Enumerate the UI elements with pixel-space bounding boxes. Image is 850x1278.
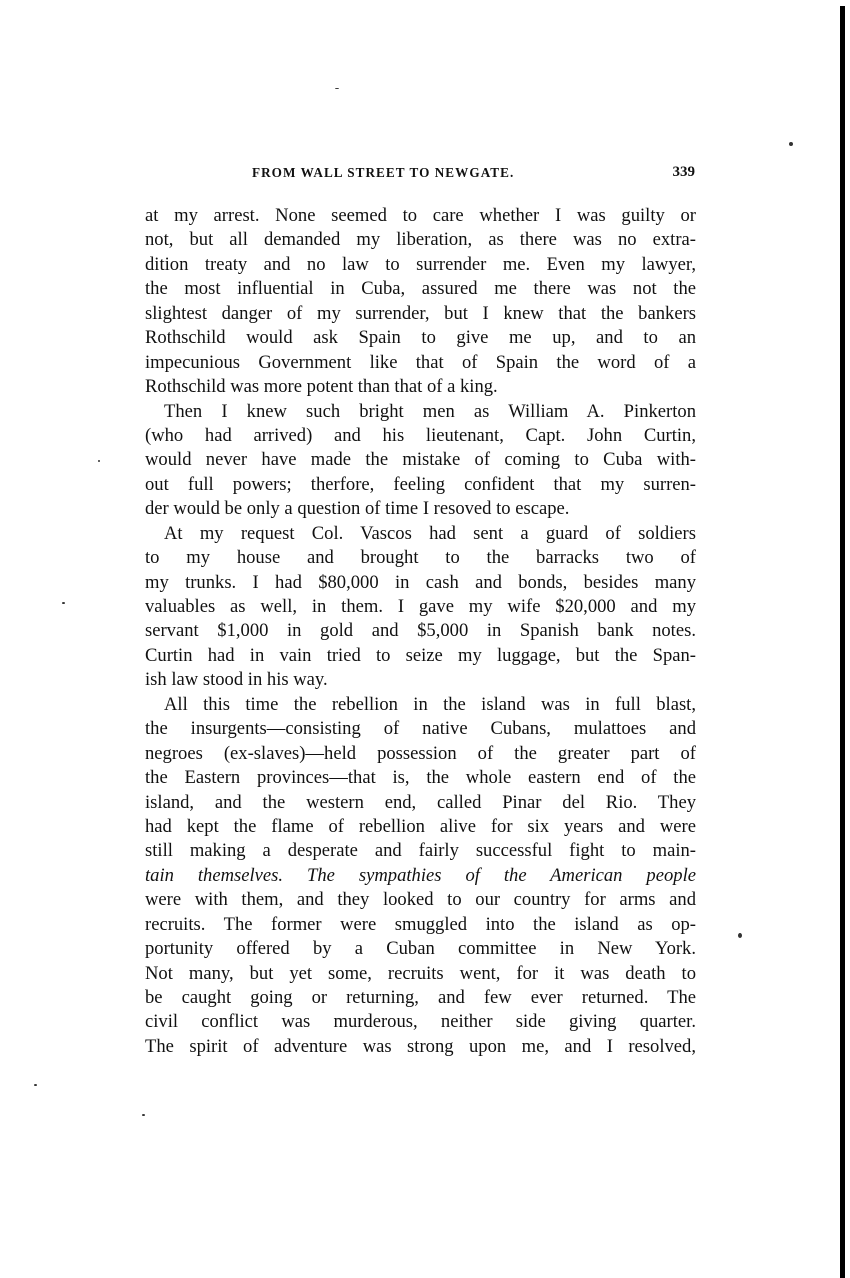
- text-line: be caught going or returning, and few ev…: [145, 986, 696, 1010]
- text-line: der would be only a question of time I r…: [145, 497, 696, 521]
- scan-speck: [62, 602, 65, 604]
- text-line: portunity offered by a Cuban committee i…: [145, 937, 696, 961]
- text-line: civil conflict was murderous, neither si…: [145, 1010, 696, 1034]
- scan-speck: [98, 460, 100, 462]
- text-line-italic: tain themselves. The sympathies of the A…: [145, 864, 696, 888]
- text-line: Curtin had in vain tried to seize my lug…: [145, 644, 696, 668]
- text-line: The spirit of adventure was strong upon …: [145, 1035, 696, 1059]
- text-line: slightest danger of my surrender, but I …: [145, 302, 696, 326]
- text-line: valuables as well, in them. I gave my wi…: [145, 595, 696, 619]
- text-line: not, but all demanded my liberation, as …: [145, 228, 696, 252]
- scan-speck: [34, 1084, 37, 1086]
- text-line: Not many, but yet some, recruits went, f…: [145, 962, 696, 986]
- text-line: the insurgents—consisting of native Cuba…: [145, 717, 696, 741]
- text-line: would never have made the mistake of com…: [145, 448, 696, 472]
- scan-edge-bar: [840, 6, 845, 1278]
- text-line: island, and the western end, called Pina…: [145, 791, 696, 815]
- scan-speck: [789, 142, 793, 146]
- text-line: to my house and brought to the barracks …: [145, 546, 696, 570]
- text-line: still making a desperate and fairly succ…: [145, 839, 696, 863]
- text-line: dition treaty and no law to surrender me…: [145, 253, 696, 277]
- text-line: at my arrest. None seemed to care whethe…: [145, 204, 696, 228]
- text-line: Rothschild would ask Spain to give me up…: [145, 326, 696, 350]
- text-line: Rothschild was more potent than that of …: [145, 375, 696, 399]
- text-line: my trunks. I had $80,000 in cash and bon…: [145, 571, 696, 595]
- text-line: were with them, and they looked to our c…: [145, 888, 696, 912]
- running-title: FROM WALL STREET TO NEWGATE.: [252, 165, 514, 181]
- scan-speck: [738, 933, 742, 938]
- book-page: FROM WALL STREET TO NEWGATE. 339 at my a…: [0, 0, 850, 1278]
- text-line: ish law stood in his way.: [145, 668, 696, 692]
- text-line: At my request Col. Vascos had sent a gua…: [145, 522, 696, 546]
- text-line: had kept the flame of rebellion alive fo…: [145, 815, 696, 839]
- text-line: negroes (ex-slaves)—held possession of t…: [145, 742, 696, 766]
- text-line: out full powers; therfore, feeling confi…: [145, 473, 696, 497]
- body-text: at my arrest. None seemed to care whethe…: [145, 204, 696, 1059]
- running-head: FROM WALL STREET TO NEWGATE. 339: [252, 165, 695, 185]
- text-line: the most influential in Cuba, assured me…: [145, 277, 696, 301]
- text-line: Then I knew such bright men as William A…: [145, 400, 696, 424]
- text-line: servant $1,000 in gold and $5,000 in Spa…: [145, 619, 696, 643]
- scan-speck: [142, 1114, 145, 1116]
- text-line: (who had arrived) and his lieutenant, Ca…: [145, 424, 696, 448]
- text-line: impecunious Government like that of Spai…: [145, 351, 696, 375]
- text-line: recruits. The former were smuggled into …: [145, 913, 696, 937]
- scan-speck: [335, 88, 339, 89]
- text-line: All this time the rebellion in the islan…: [145, 693, 696, 717]
- text-line: the Eastern provinces—that is, the whole…: [145, 766, 696, 790]
- page-number: 339: [673, 164, 696, 181]
